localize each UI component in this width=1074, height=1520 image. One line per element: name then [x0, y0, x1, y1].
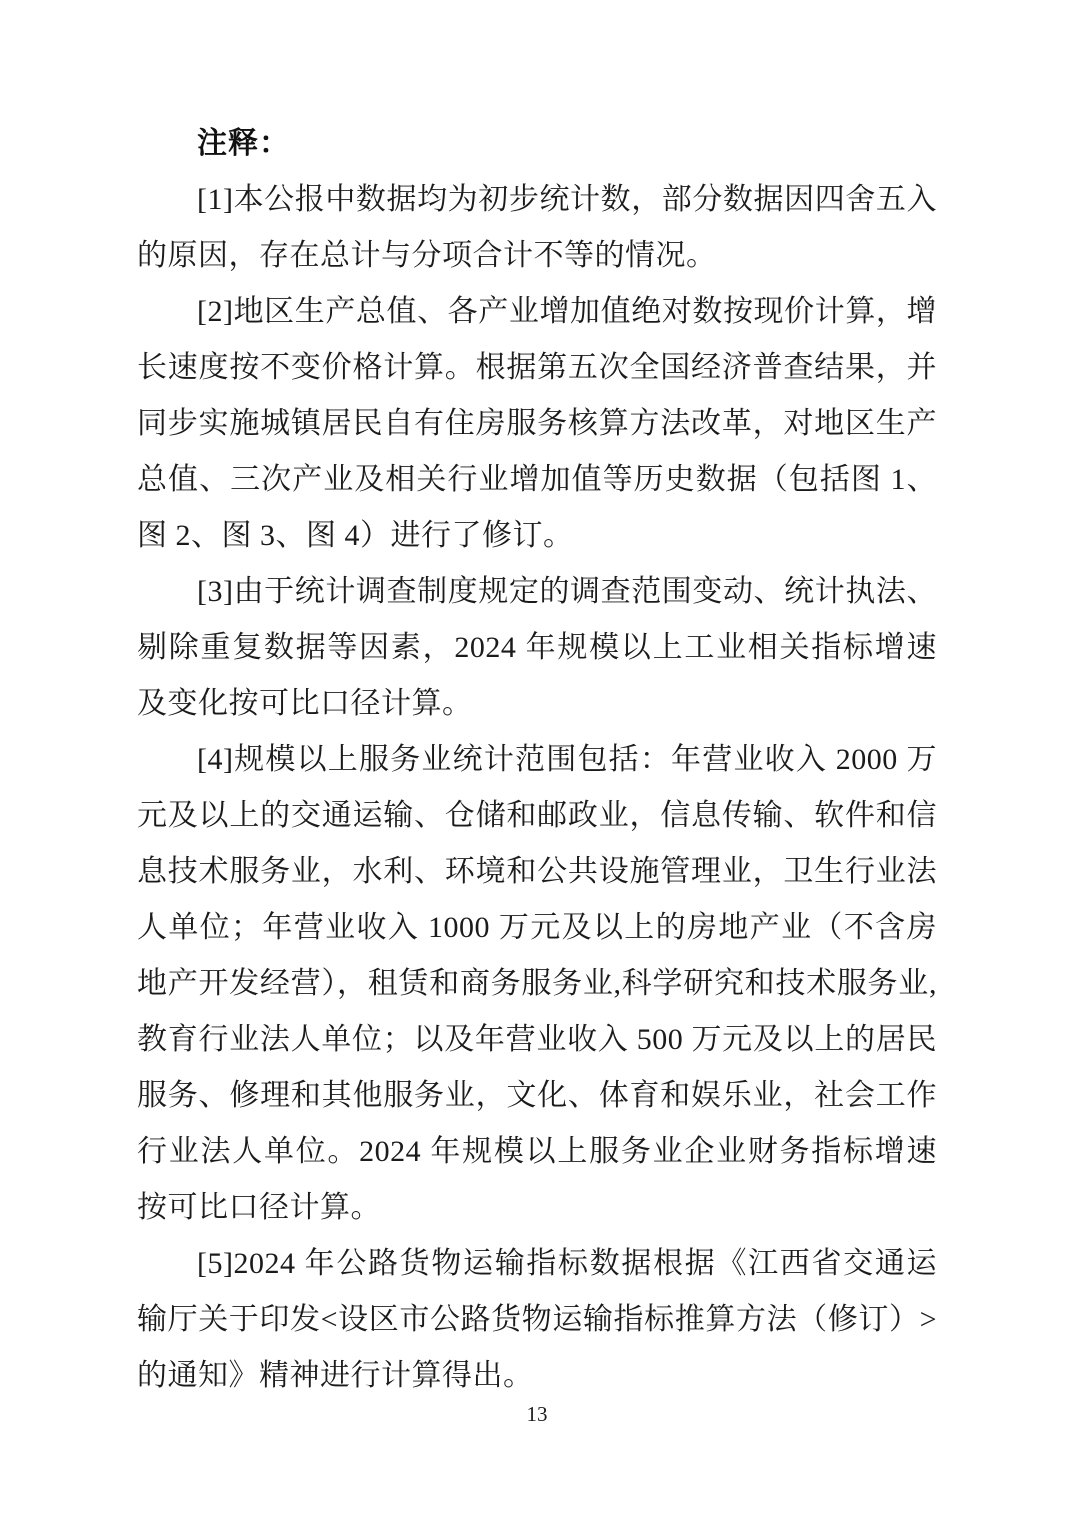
notes-section: 注释： [1]本公报中数据均为初步统计数，部分数据因四舍五入的原因，存在总计与分… [137, 116, 937, 1404]
notes-heading: 注释： [137, 116, 937, 172]
note-paragraph-5: [5]2024 年公路货物运输指标数据根据《江西省交通运输厅关于印发<设区市公路… [137, 1236, 937, 1404]
document-page: 注释： [1]本公报中数据均为初步统计数，部分数据因四舍五入的原因，存在总计与分… [0, 0, 1074, 1520]
note-paragraph-1: [1]本公报中数据均为初步统计数，部分数据因四舍五入的原因，存在总计与分项合计不… [137, 172, 937, 284]
note-paragraph-2: [2]地区生产总值、各产业增加值绝对数按现价计算，增长速度按不变价格计算。根据第… [137, 284, 937, 564]
note-paragraph-3: [3]由于统计调查制度规定的调查范围变动、统计执法、剔除重复数据等因素，2024… [137, 564, 937, 732]
page-number: 13 [0, 1400, 1074, 1428]
note-paragraph-4: [4]规模以上服务业统计范围包括：年营业收入 2000 万元及以上的交通运输、仓… [137, 732, 937, 1236]
